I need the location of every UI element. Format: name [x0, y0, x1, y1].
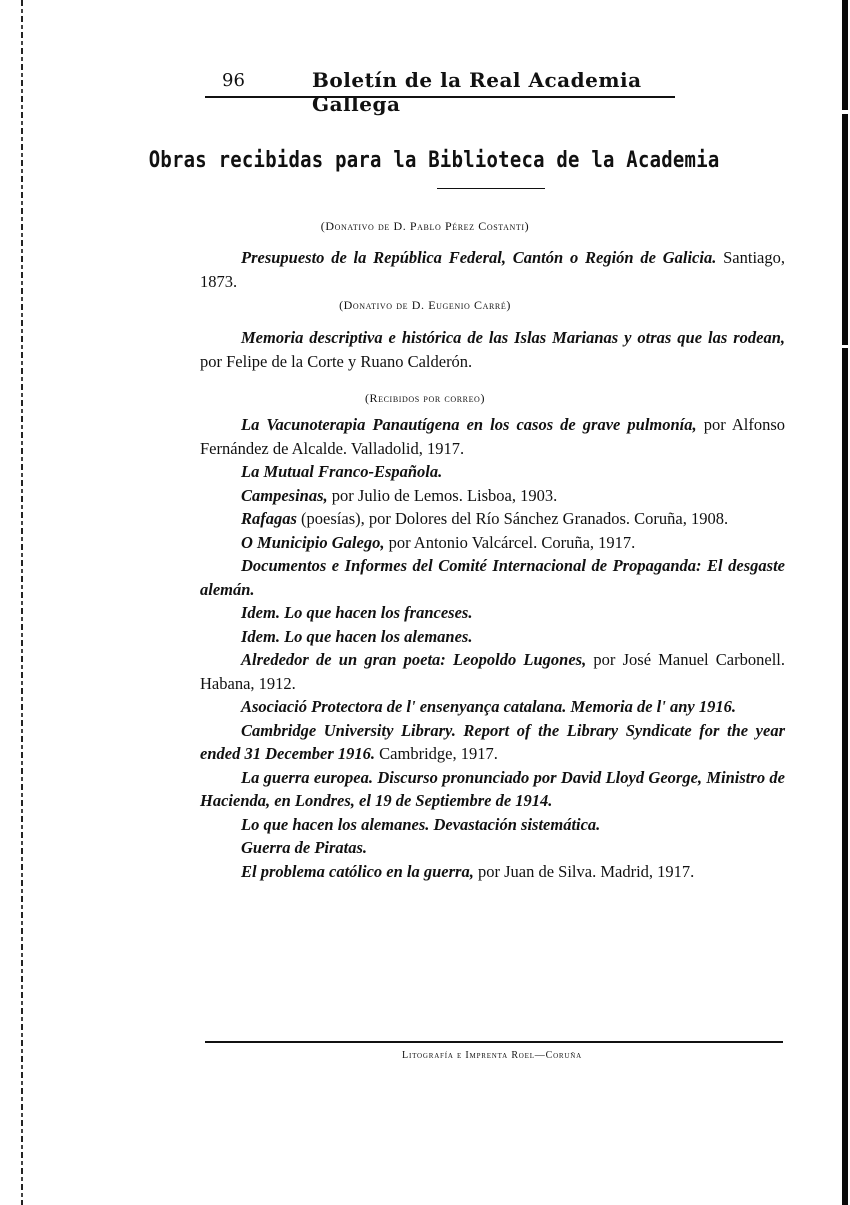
- entry-title: Alrededor de un gran poeta: Leopoldo Lug…: [241, 650, 586, 669]
- entry-title: Idem. Lo que hacen los franceses.: [241, 603, 472, 622]
- entry-details: Cambridge, 1917.: [375, 744, 498, 763]
- list-item: Guerra de Piratas.: [200, 836, 785, 860]
- entry-details: (poesías), por Dolores del Río Sánchez G…: [297, 509, 728, 528]
- list-item: Memoria descriptiva e histórica de las I…: [200, 326, 785, 373]
- list-item: Idem. Lo que hacen los alemanes.: [200, 625, 785, 649]
- entry-title: Memoria descriptiva e histórica de las I…: [241, 328, 785, 347]
- scan-right-edge: [842, 0, 848, 1205]
- entry-title: Campesinas,: [241, 486, 328, 505]
- scan-left-edge: [21, 0, 23, 1205]
- list-item: Documentos e Informes del Comité Interna…: [200, 554, 785, 601]
- entry-title: La guerra europea. Discurso pronunciado …: [200, 768, 785, 811]
- entry-title: Guerra de Piratas.: [241, 838, 367, 857]
- entry-title: El problema católico en la guerra,: [241, 862, 474, 881]
- section-title: Obras recibidas para la Biblioteca de la…: [69, 148, 800, 173]
- page-number: 96: [222, 70, 245, 91]
- entry-title: Documentos e Informes del Comité Interna…: [200, 556, 785, 599]
- list-item: La Mutual Franco-Española.: [200, 460, 785, 484]
- entry-details: por Juan de Silva. Madrid, 1917.: [474, 862, 694, 881]
- running-head: 96 Boletín de la Real Academia Gallega: [205, 66, 675, 96]
- entry-list: Presupuesto de la República Federal, Can…: [200, 246, 785, 293]
- entry-list: Memoria descriptiva e histórica de las I…: [200, 326, 785, 373]
- header-rule: [205, 96, 675, 98]
- printer-imprint: Litografía e Imprenta Roel—Coruña: [0, 1050, 850, 1061]
- entry-list: La Vacunoterapia Panautígena en los caso…: [200, 413, 785, 883]
- list-item: Rafagas (poesías), por Dolores del Río S…: [200, 507, 785, 531]
- donor-line: (Donativo de D. Eugenio Carré): [0, 298, 850, 313]
- entry-details: por Felipe de la Corte y Ruano Calderón.: [200, 352, 472, 371]
- donor-line: (Recibidos por correo): [0, 391, 850, 406]
- list-item: Asociació Protectora de l' ensenyança ca…: [200, 695, 785, 719]
- list-item: Idem. Lo que hacen los franceses.: [200, 601, 785, 625]
- list-item: La guerra europea. Discurso pronunciado …: [200, 766, 785, 813]
- list-item: Lo que hacen los alemanes. Devastación s…: [200, 813, 785, 837]
- entry-title: Presupuesto de la República Federal, Can…: [241, 248, 716, 267]
- entry-title: O Municipio Galego,: [241, 533, 384, 552]
- entry-title: La Vacunoterapia Panautígena en los caso…: [241, 415, 697, 434]
- list-item: Cambridge University Library. Report of …: [200, 719, 785, 766]
- list-item: Alrededor de un gran poeta: Leopoldo Lug…: [200, 648, 785, 695]
- journal-title: Boletín de la Real Academia Gallega: [312, 68, 675, 116]
- list-item: Campesinas, por Julio de Lemos. Lisboa, …: [200, 484, 785, 508]
- entry-title: Rafagas: [241, 509, 297, 528]
- entry-title: La Mutual Franco-Española.: [241, 462, 442, 481]
- list-item: La Vacunoterapia Panautígena en los caso…: [200, 413, 785, 460]
- entry-title: Idem. Lo que hacen los alemanes.: [241, 627, 472, 646]
- title-rule: [437, 188, 545, 189]
- list-item: El problema católico en la guerra, por J…: [200, 860, 785, 884]
- footer-rule: [205, 1041, 783, 1043]
- entry-details: por Julio de Lemos. Lisboa, 1903.: [328, 486, 558, 505]
- list-item: O Municipio Galego, por Antonio Valcárce…: [200, 531, 785, 555]
- entry-title: Lo que hacen los alemanes. Devastación s…: [241, 815, 600, 834]
- donor-line: (Donativo de D. Pablo Pérez Costanti): [0, 219, 850, 234]
- entry-details: por Antonio Valcárcel. Coruña, 1917.: [384, 533, 635, 552]
- list-item: Presupuesto de la República Federal, Can…: [200, 246, 785, 293]
- entry-title: Asociació Protectora de l' ensenyança ca…: [241, 697, 736, 716]
